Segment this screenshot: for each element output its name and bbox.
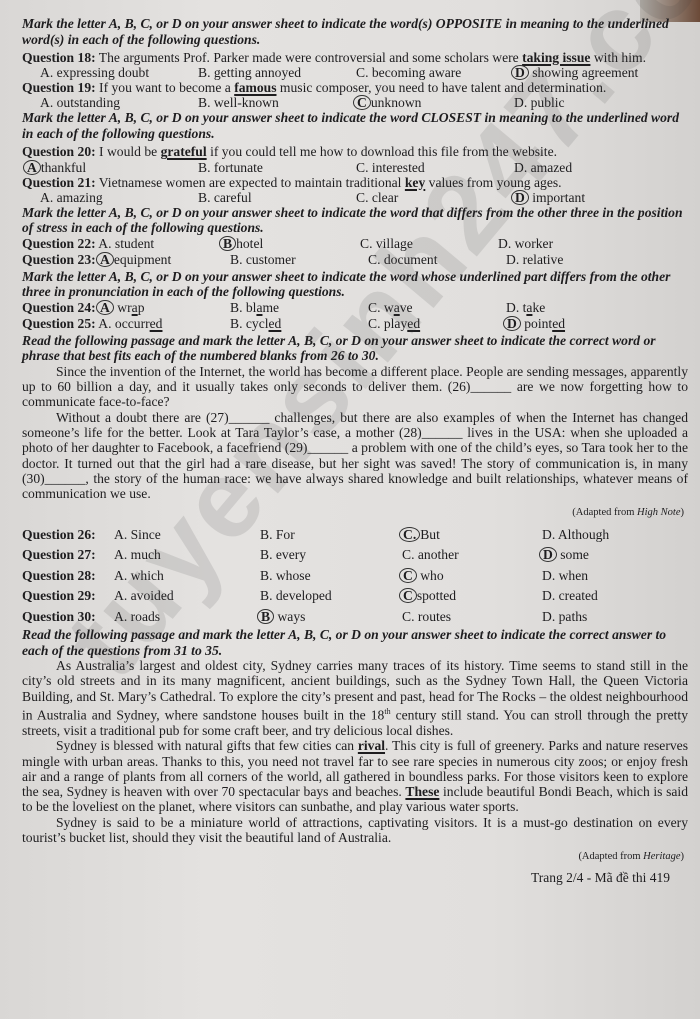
option-d[interactable]: D. when bbox=[542, 566, 662, 587]
option-a[interactable]: A. occurred bbox=[98, 316, 162, 331]
question-label: Question 18: bbox=[22, 50, 96, 65]
option-d[interactable]: D. amazed bbox=[514, 160, 672, 175]
question-label: Question 27: bbox=[22, 545, 114, 566]
question-label: Question 30: bbox=[22, 607, 114, 628]
circled-answer: A bbox=[96, 252, 114, 267]
option-d[interactable]: D. public bbox=[514, 95, 672, 110]
circled-answer: C bbox=[399, 588, 417, 603]
question-20: Question 20: I would be grateful if you … bbox=[22, 144, 688, 159]
option-d[interactable]: D. take bbox=[506, 300, 664, 317]
instruction-closest: Mark the letter A, B, C, or D on your an… bbox=[22, 110, 688, 141]
option-c[interactable]: C. another bbox=[402, 545, 542, 566]
question-label: Question 22: bbox=[22, 236, 96, 251]
instruction-reading: Read the following passage and mark the … bbox=[22, 627, 688, 658]
option-a[interactable]: A. Since bbox=[114, 525, 260, 546]
question-30: Question 30: A. roads B ways C. routes D… bbox=[22, 607, 688, 628]
circled-answer: D bbox=[503, 316, 521, 331]
circled-answer: D bbox=[511, 190, 529, 205]
question-19: Question 19: If you want to become a fam… bbox=[22, 80, 688, 95]
underlined-word: taking issue bbox=[522, 50, 590, 65]
question-label: Question 25: bbox=[22, 316, 96, 331]
question-label: Question 20: bbox=[22, 144, 96, 159]
underlined-word: famous bbox=[234, 80, 276, 95]
option-a[interactable]: A. roads bbox=[114, 607, 260, 628]
underlined-word: These bbox=[405, 784, 439, 799]
question-21: Question 21: Vietnamese women are expect… bbox=[22, 175, 688, 190]
cloze-questions: Question 26: A. Since B. For C.But D. Al… bbox=[22, 525, 688, 628]
question-label: Question 19: bbox=[22, 80, 96, 95]
question-24: Question 24: A wrap B. blame C. wave D. … bbox=[22, 300, 688, 317]
reading-paragraph-1: As Australia’s largest and oldest city, … bbox=[22, 658, 688, 738]
question-23: Question 23: Aequipment B. customer C. d… bbox=[22, 252, 688, 269]
option-c[interactable]: C. routes bbox=[402, 607, 542, 628]
exam-page: Mark the letter A, B, C, or D on your an… bbox=[0, 0, 700, 1019]
option-b[interactable]: B. well-known bbox=[198, 95, 356, 110]
option-c[interactable]: C. becoming aware bbox=[356, 65, 514, 80]
option-b[interactable]: B. fortunate bbox=[198, 160, 356, 175]
reading-paragraph-2: Sydney is blessed with natural gifts tha… bbox=[22, 738, 688, 814]
cloze-paragraph-1: Since the invention of the Internet, the… bbox=[22, 364, 688, 410]
option-b[interactable]: B. blame bbox=[222, 300, 368, 317]
option-a[interactable]: A. outstanding bbox=[40, 95, 198, 110]
option-c[interactable]: C. played bbox=[368, 316, 506, 333]
option-c[interactable]: C. wave bbox=[368, 300, 506, 317]
question-label: Question 24: bbox=[22, 300, 96, 315]
option-a[interactable]: A. amazing bbox=[40, 190, 198, 205]
option-b[interactable]: B. developed bbox=[260, 586, 402, 607]
option-a[interactable]: Aequipment bbox=[99, 252, 171, 267]
option-d[interactable]: D. Although bbox=[542, 525, 662, 546]
option-c[interactable]: C. document bbox=[368, 252, 506, 269]
option-d[interactable]: D. worker bbox=[498, 236, 656, 253]
option-c[interactable]: C. village bbox=[360, 236, 498, 253]
instruction-pronunciation: Mark the letter A, B, C, or D on your an… bbox=[22, 269, 688, 300]
option-d[interactable]: D pointed bbox=[506, 316, 664, 333]
instruction-stress: Mark the letter A, B, C, or D on your an… bbox=[22, 205, 688, 236]
option-a[interactable]: A. much bbox=[114, 545, 260, 566]
option-a[interactable]: A. which bbox=[114, 566, 260, 587]
question-18: Question 18: The arguments Prof. Parker … bbox=[22, 50, 688, 65]
question-18-options: A. expressing doubt B. getting annoyed C… bbox=[22, 65, 688, 80]
circled-answer: A bbox=[23, 160, 41, 175]
circled-answer: C bbox=[399, 568, 417, 583]
option-a[interactable]: Athankful bbox=[26, 160, 198, 175]
option-b[interactable]: Bhotel bbox=[222, 236, 360, 253]
question-19-options: A. outstanding B. well-known Cunknown D.… bbox=[22, 95, 688, 110]
question-label: Question 28: bbox=[22, 566, 114, 587]
option-a[interactable]: A. avoided bbox=[114, 586, 260, 607]
question-27: Question 27: A. much B. every C. another… bbox=[22, 545, 688, 566]
option-b[interactable]: B. For bbox=[260, 525, 402, 546]
option-c[interactable]: C.But bbox=[402, 525, 542, 546]
underlined-word: rival bbox=[358, 738, 385, 753]
circled-answer: C. bbox=[399, 527, 420, 542]
option-d[interactable]: D. paths bbox=[542, 607, 662, 628]
cloze-paragraph-2: Without a doubt there are (27)______ cha… bbox=[22, 410, 688, 502]
question-label: Question 26: bbox=[22, 525, 114, 546]
question-label: Question 29: bbox=[22, 586, 114, 607]
circled-answer: C bbox=[353, 95, 371, 110]
circled-answer: B bbox=[257, 609, 274, 624]
reading-paragraph-3: Sydney is said to be a miniature world o… bbox=[22, 815, 688, 846]
option-a[interactable]: A wrap bbox=[99, 300, 144, 315]
page-footer: Trang 2/4 - Mã đề thi 419 bbox=[22, 870, 670, 885]
question-20-options: Athankful B. fortunate C. interested D. … bbox=[22, 160, 688, 175]
question-25: Question 25: A. occurred B. cycled C. pl… bbox=[22, 316, 688, 333]
instruction-opposite: Mark the letter A, B, C, or D on your an… bbox=[22, 16, 688, 47]
option-d[interactable]: D. created bbox=[542, 586, 662, 607]
cloze-source: (Adapted from High Note) bbox=[22, 505, 684, 520]
option-a[interactable]: A. expressing doubt bbox=[40, 65, 198, 80]
underlined-word: key bbox=[405, 175, 425, 190]
option-c[interactable]: C. clear bbox=[356, 190, 514, 205]
underlined-word: grateful bbox=[161, 144, 207, 159]
option-d[interactable]: D. relative bbox=[506, 252, 664, 269]
option-b[interactable]: B. whose bbox=[260, 566, 402, 587]
question-29: Question 29: A. avoided B. developed Csp… bbox=[22, 586, 688, 607]
option-d[interactable]: D important bbox=[514, 190, 672, 205]
option-c[interactable]: Cspotted bbox=[402, 586, 542, 607]
question-label: Question 23: bbox=[22, 252, 96, 267]
instruction-cloze: Read the following passage and mark the … bbox=[22, 333, 688, 364]
exam-sheet: Mark the letter A, B, C, or D on your an… bbox=[22, 16, 688, 886]
option-c[interactable]: C who bbox=[402, 566, 542, 587]
reading-source: (Adapted from Heritage) bbox=[22, 849, 684, 864]
option-b[interactable]: B. every bbox=[260, 545, 402, 566]
option-b[interactable]: B. customer bbox=[222, 252, 368, 269]
option-b[interactable]: B. cycled bbox=[222, 316, 368, 333]
option-d[interactable]: D some bbox=[542, 545, 662, 566]
circled-answer: D bbox=[539, 547, 557, 562]
option-c[interactable]: C. interested bbox=[356, 160, 514, 175]
circled-answer: B bbox=[219, 236, 236, 251]
question-label: Question 21: bbox=[22, 175, 96, 190]
option-b[interactable]: B. getting annoyed bbox=[198, 65, 356, 80]
option-d[interactable]: D showing agreement bbox=[514, 65, 672, 80]
question-21-options: A. amazing B. careful C. clear D importa… bbox=[22, 190, 688, 205]
option-b[interactable]: B ways bbox=[260, 607, 402, 628]
circled-answer: D bbox=[511, 65, 529, 80]
option-c[interactable]: Cunknown bbox=[356, 95, 514, 110]
question-28: Question 28: A. which B. whose C who D. … bbox=[22, 566, 688, 587]
option-a[interactable]: A. student bbox=[98, 236, 154, 251]
option-b[interactable]: B. careful bbox=[198, 190, 356, 205]
question-22: Question 22: A. student Bhotel C. villag… bbox=[22, 236, 688, 253]
circled-answer: A bbox=[96, 300, 114, 315]
question-26: Question 26: A. Since B. For C.But D. Al… bbox=[22, 525, 688, 546]
